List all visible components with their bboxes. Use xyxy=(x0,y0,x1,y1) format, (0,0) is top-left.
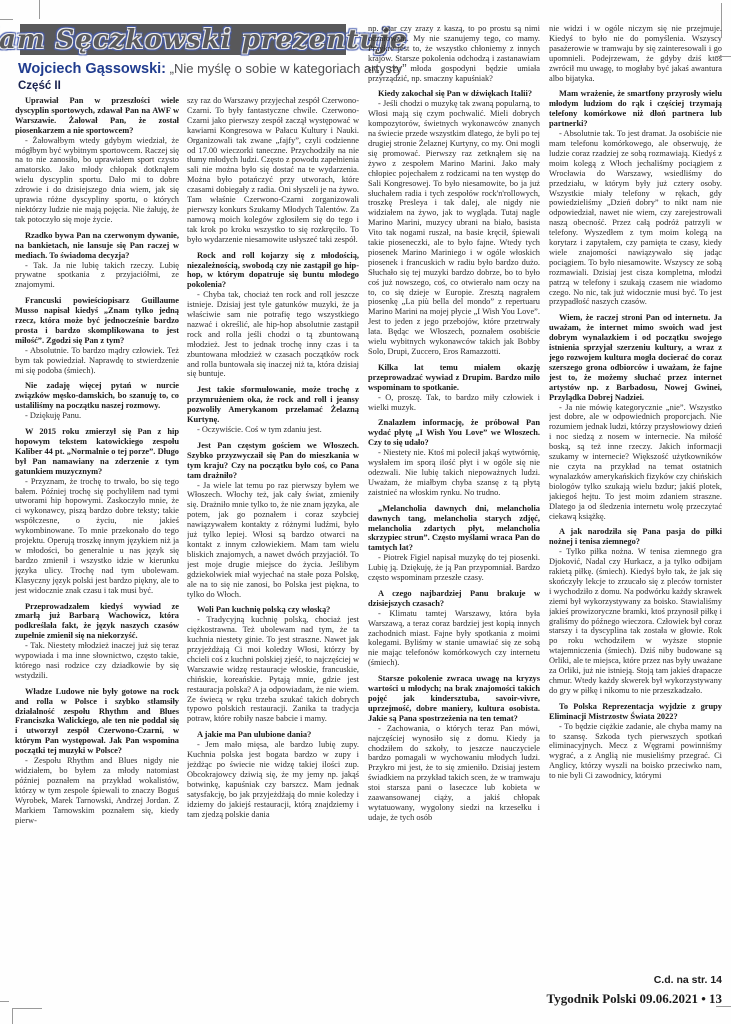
interview-answer: - Oczywiście. Coś w tym zdaniu jest. xyxy=(187,425,359,435)
interview-question: Mam wrażenie, że smartfony przyrosły wie… xyxy=(549,89,722,129)
interview-question: Rzadko bywa Pan na czerwonym dywanie, na… xyxy=(15,231,179,261)
continuation-paragraph: np. tatar czy zrazy z kaszą, to po prost… xyxy=(368,24,540,83)
interview-answer: - Tradycyjną kuchnię polską, chociaż jes… xyxy=(187,615,359,724)
interview-answer: - Absolutnie tak. To jest dramat. Ja oso… xyxy=(549,129,722,307)
interview-answer: - Klimatu tamtej Warszawy, która była Wa… xyxy=(368,609,540,668)
interview-question: Władze Ludowe nie były gotowe na rock an… xyxy=(15,687,179,756)
interview-answer: - O, proszę. Tak, to bardzo miły człowie… xyxy=(368,393,540,413)
interview-question: Wiem, że raczej stroni Pan od internetu.… xyxy=(549,313,722,402)
interview-question: Rock and roll kojarzy się z młodością, n… xyxy=(187,251,359,291)
interview-answer: - Tak. Ja nie lubię takich rzeczy. Lubię… xyxy=(15,261,179,291)
interview-question: W 2015 roku zmierzył się Pan z hip hopow… xyxy=(15,427,179,477)
interview-question: A jakie ma Pan ulubione dania? xyxy=(187,730,359,740)
interview-question: Starsze pokolenie zwraca uwagę na kryzys… xyxy=(368,674,540,724)
interview-question: Woli Pan kuchnię polską czy włoską? xyxy=(187,605,359,615)
continuation-paragraph: szy raz do Warszawy przyjechał zespół Cz… xyxy=(187,96,359,245)
continued-on-page-note: C.d. na str. 14 xyxy=(422,974,722,986)
interview-question: Znalazłem informację, że próbował Pan wy… xyxy=(368,418,540,448)
interview-question: „Melancholia dawnych dni, melancholia da… xyxy=(368,504,540,554)
crop-mark-bottom-left-horizontal xyxy=(0,1001,9,1002)
interview-answer: - Jem mało mięsa, ale bardzo lubię zupy.… xyxy=(187,740,359,819)
interview-answer: - Zachowania, o których teraz Pan mówi, … xyxy=(368,724,540,823)
interview-answer: - Tylko piłka nożna. W tenisa ziemnego g… xyxy=(549,547,722,696)
interview-answer: - Dziękuję Panu. xyxy=(15,411,179,421)
article-column-4: nie widzi i w ogóle niczym się nie przej… xyxy=(549,24,722,972)
article-column-2: szy raz do Warszawy przyjechał zespół Cz… xyxy=(187,96,359,1012)
crop-mark-top-left-horizontal xyxy=(0,19,13,20)
interview-answer: - To będzie ciężkie zadanie, ale chyba m… xyxy=(549,722,722,781)
article-title-name: Wojciech Gąssowski: xyxy=(18,61,166,77)
banner-title: Adam Sęczkowski prezentuje xyxy=(0,25,407,55)
interview-question: Kiedy zakochał się Pan w dźwiękach Itali… xyxy=(368,89,540,99)
crop-mark-top-left-vertical xyxy=(39,0,40,19)
interview-question: Przeprowadzałem kiedyś wywiad ze zmarłą … xyxy=(15,602,179,642)
interview-question: A czego najbardziej Panu brakuje w dzisi… xyxy=(368,589,540,609)
article-column-3: np. tatar czy zrazy z kaszą, to po prost… xyxy=(368,24,540,1024)
interview-answer: - Niestety nie. Ktoś mi polecił jakąś wy… xyxy=(368,448,540,498)
article-part-label: Część II xyxy=(18,80,61,92)
interview-question: Jest takie sformułowanie, może trochę z … xyxy=(187,385,359,425)
crop-mark-bottom-left-bracket-side xyxy=(12,1008,13,1024)
interview-answer: - Jeśli chodzi o muzykę tak zwaną popula… xyxy=(368,99,540,357)
continuation-paragraph: nie widzi i w ogóle niczym się nie przej… xyxy=(549,24,722,83)
interview-answer: - Ja wiele lat temu po raz pierwszy byłe… xyxy=(187,481,359,600)
interview-answer: - Zespołu Rhythm and Blues nigdy nie wid… xyxy=(15,756,179,825)
interview-question: Francuski powieściopisarz Guillaume Muss… xyxy=(15,296,179,346)
article-column-1: Uprawiał Pan w przeszłości wiele dyscypl… xyxy=(15,96,179,1012)
article-title: Wojciech Gąssowski: „Nie myślę o sobie w… xyxy=(18,60,363,78)
newspaper-page: Adam Sęczkowski prezentuje Wojciech Gąss… xyxy=(0,0,731,1024)
page-banner: Adam Sęczkowski prezentuje xyxy=(20,24,346,55)
interview-answer: - Chyba tak, chociaż ten rock and roll j… xyxy=(187,290,359,379)
interview-question: Nie zadaję więcej pytań w nurcie związkó… xyxy=(15,381,179,411)
interview-answer: - Tak. Niestety młodzież inaczej już się… xyxy=(15,641,179,681)
interview-answer: - Przyznam, że trochę to trwało, bo się … xyxy=(15,477,179,596)
interview-question: A jak narodziła się Pana pasja do piłki … xyxy=(549,527,722,547)
interview-answer: - Piotrek Figiel napisał muzykę do tej p… xyxy=(368,553,540,583)
interview-answer: - Absolutnie. To bardzo mądry człowiek. … xyxy=(15,346,179,376)
interview-question: Uprawiał Pan w przeszłości wiele dyscypl… xyxy=(15,96,179,136)
interview-answer: - Żałowałbym wtedy gdybym wiedział, że m… xyxy=(15,136,179,225)
interview-question: Jest Pan częstym gościem we Włoszech. Sz… xyxy=(187,441,359,481)
journal-footer: Tygodnik Polski 09.06.2021 • 13 xyxy=(372,991,722,1007)
interview-question: Kilka lat temu miałem okazję przeprowadz… xyxy=(368,363,540,393)
interview-answer: - Ja nie mówię kategorycznie „nie”. Wszy… xyxy=(549,403,722,522)
interview-question: To Polska Reprezentacja wyjdzie z grupy … xyxy=(549,702,722,722)
